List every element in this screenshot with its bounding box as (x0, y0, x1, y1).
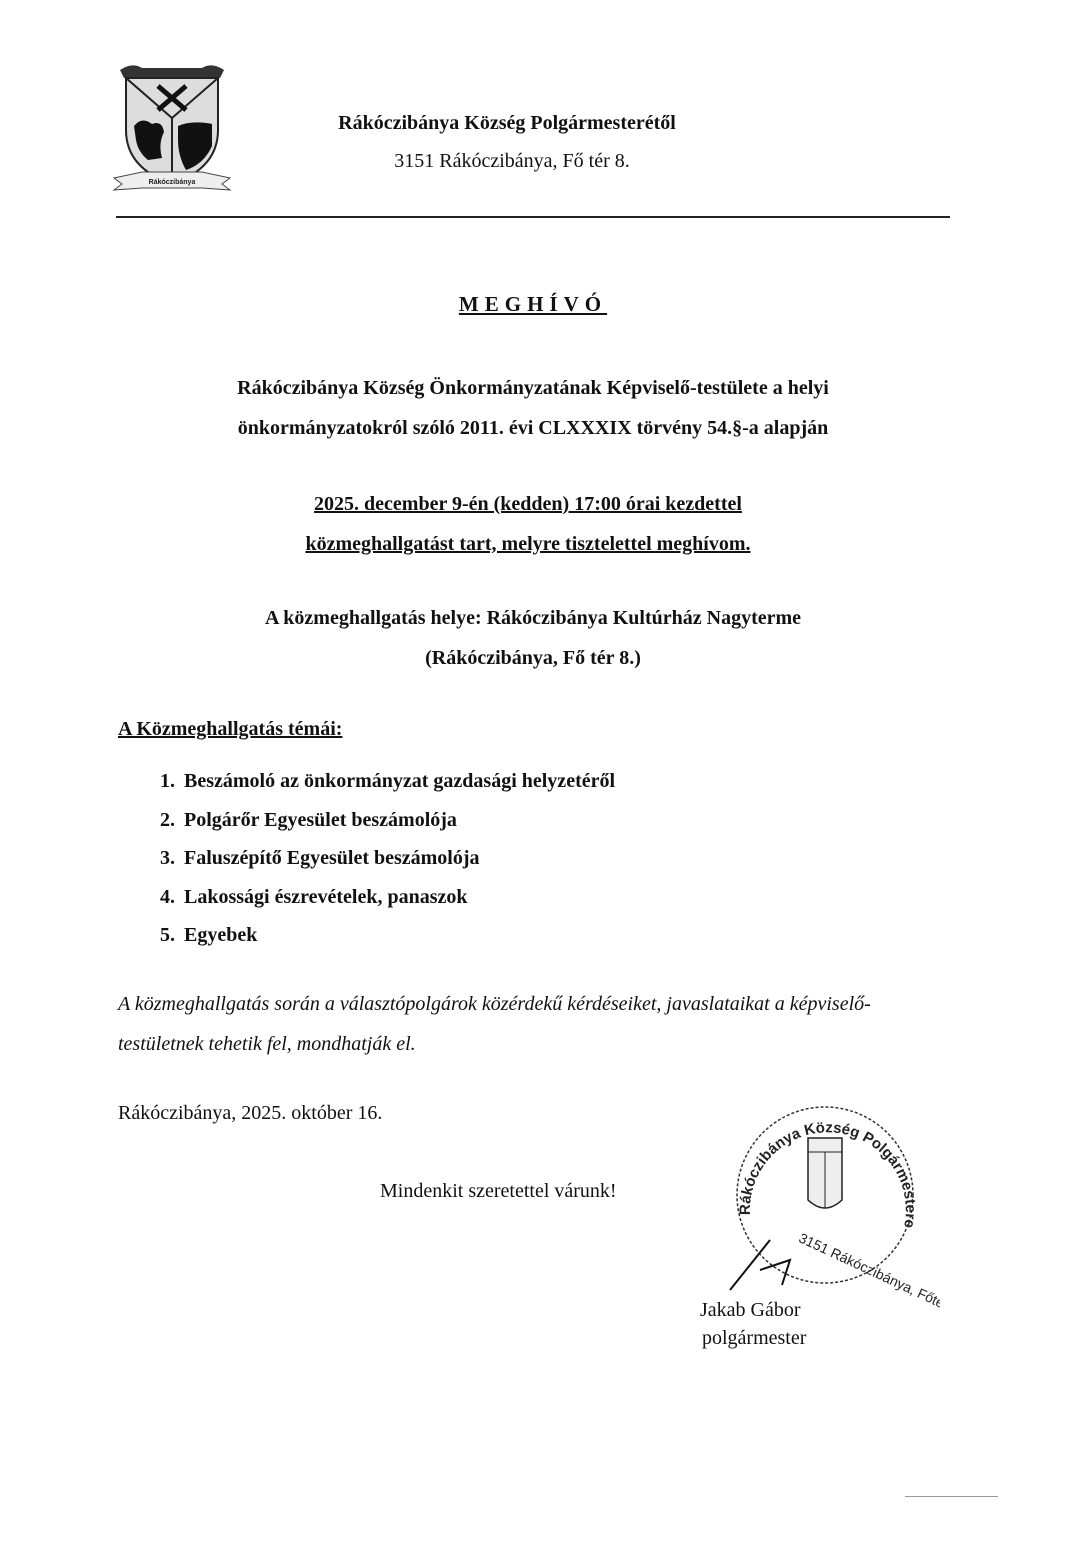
welcome-text: Mindenkit szeretettel várunk! (380, 1180, 617, 1203)
sender-heading: Rákóczibánya Község Polgármesterétől (0, 112, 1014, 135)
list-item: 3.Faluszépítő Egyesület beszámolója (160, 839, 615, 878)
official-seal-icon: Rákóczibánya Község Polgármestere 3151 R… (690, 1090, 940, 1320)
list-item: 2.Polgárőr Egyesület beszámolója (160, 801, 615, 840)
header-divider (116, 216, 950, 218)
intro-line: Rákóczibánya Község Önkormányzatának Kép… (0, 368, 1066, 408)
italic-note: A közmeghallgatás során a választópolgár… (118, 984, 958, 1064)
list-item: 5.Egyebek (160, 916, 615, 955)
topics-list: 1.Beszámoló az önkormányzat gazdasági he… (160, 762, 615, 955)
sender-address: 3151 Rákóczibánya, Fő tér 8. (0, 150, 1024, 173)
date-line: közmeghallgatást tart, melyre tisztelett… (0, 524, 1056, 564)
event-date: 2025. december 9-én (kedden) 17:00 órai … (0, 484, 1056, 564)
signatory-name: Jakab Gábor (700, 1296, 801, 1324)
date-line: 2025. december 9-én (kedden) 17:00 órai … (0, 484, 1056, 524)
list-item: 1.Beszámoló az önkormányzat gazdasági he… (160, 762, 615, 801)
footer-divider (905, 1496, 998, 1497)
intro-paragraph: Rákóczibánya Község Önkormányzatának Kép… (0, 368, 1066, 448)
place-and-date: Rákóczibánya, 2025. október 16. (118, 1102, 382, 1125)
document-title: MEGHÍVÓ (0, 292, 1066, 317)
event-place: A közmeghallgatás helye: Rákóczibánya Ku… (0, 598, 1066, 678)
intro-line: önkormányzatokról szóló 2011. évi CLXXXI… (0, 408, 1066, 448)
topics-heading: A Közmeghallgatás témái: (118, 718, 342, 741)
svg-text:3151 Rákóczibánya, Főtér 8.: 3151 Rákóczibánya, Főtér 8. (796, 1230, 940, 1320)
place-line: A közmeghallgatás helye: Rákóczibánya Ku… (0, 598, 1066, 638)
signatory-role: polgármester (702, 1324, 806, 1352)
svg-text:Rákóczibánya: Rákóczibánya (149, 179, 196, 186)
list-item: 4.Lakossági észrevételek, panaszok (160, 878, 615, 917)
place-line: (Rákóczibánya, Fő tér 8.) (0, 638, 1066, 678)
